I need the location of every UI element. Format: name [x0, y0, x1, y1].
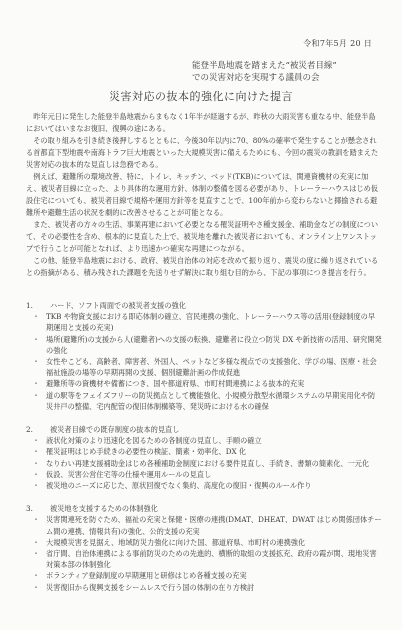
list-item: ・罹災証明はじめ手続きの必要性の検証、簡素・効率化、DX 化 [26, 446, 382, 457]
section-number: 2. [26, 424, 50, 435]
paragraph: また、被災者の方々の生活、事業再建において必要となる罹災証明やさ種支援金、補助金… [26, 219, 382, 255]
bullet-icon: ・ [26, 480, 46, 491]
list-item: ・大規模災害を見据え、地域防災力強化に向けた国、都道府県、市町村の連携強化 [26, 537, 382, 548]
bullet-icon: ・ [26, 570, 46, 581]
proposal-sections: 1. ハード、ソフト両面での被災者支援の強化 ・TKB や物資支援における即応体… [26, 300, 382, 605]
paragraph: その取り組みを引き続き後押しするとともに、今後30年以内に70、80%の確率で発… [26, 135, 382, 171]
list-item: ・災害関連死を防ぐため、福祉の充実と保健・医療の連携(DMAT、DHEAT、DW… [26, 514, 382, 536]
section-items: ・災害関連死を防ぐため、福祉の充実と保健・医療の連携(DMAT、DHEAT、DW… [26, 514, 382, 592]
bullet-icon: ・ [26, 356, 46, 378]
bullet-icon: ・ [26, 582, 46, 593]
document-title: 災害対応の抜本的強化に向けた提言 [0, 88, 402, 104]
bullet-icon: ・ [26, 435, 46, 446]
section-title: 被災地を支援するための体制強化 [50, 503, 158, 514]
organization-line-1: 能登半島地震を踏まえた“被災者目線” [192, 60, 337, 72]
section-3: 3. 被災地を支援するための体制強化 ・災害関連死を防ぐため、福祉の充実と保健・… [26, 503, 382, 593]
paragraph: 昨年元日に発生した能登半島地震からまもなく1年半が経過するが、昨秋の大雨災害も重… [26, 111, 382, 135]
section-heading: 2. 被災者目線での既存制度の抜本的見直し [26, 424, 382, 435]
list-item: ・道の駅等をフェイズフリーの防災拠点として機能強化、小規模分散型水循環システムの… [26, 390, 382, 412]
body-text: 昨年元日に発生した能登半島地震からまもなく1年半が経過するが、昨秋の大雨災害も重… [26, 111, 382, 279]
document-page: 令和7年5月 20 日 能登半島地震を踏まえた“被災者目線” での災害対応を実現… [0, 0, 402, 630]
list-item: ・場所(避難所)の支援から人(避難者)への支援の転換、避難者に役立つ防災 DX … [26, 334, 382, 356]
bullet-icon: ・ [26, 334, 46, 356]
list-item: ・ボランティア登録制度の早期運用と研修はじめ各種支援の充実 [26, 570, 382, 581]
section-1: 1. ハード、ソフト両面での被災者支援の強化 ・TKB や物資支援における即応体… [26, 300, 382, 412]
bullet-icon: ・ [26, 514, 46, 536]
bullet-icon: ・ [26, 469, 46, 480]
list-item: ・省庁間、自治体連携による事前防災のための先進的、横断的取組の支援拡充、政府の霞… [26, 548, 382, 570]
list-item: ・液状化対策のより迅速化を図るための各制度の見直し、手順の確立 [26, 435, 382, 446]
bullet-icon: ・ [26, 537, 46, 548]
bullet-icon: ・ [26, 311, 46, 333]
section-title: ハード、ソフト両面での被災者支援の強化 [50, 300, 186, 311]
section-title: 被災者目線での既存制度の抜本的見直し [50, 424, 179, 435]
list-item: ・災害復旧から復興支援をシームレスで行う国の体制の在り方検討 [26, 582, 382, 593]
list-item: ・避難所等の資機材や備蓄につき、国や都道府県、市町村間連携による抜本的充実 [26, 378, 382, 389]
paragraph: この他、能登半島地震における、政府、被災自治体の対応を改めて振り返り、震災の度に… [26, 255, 382, 279]
organization-name: 能登半島地震を踏まえた“被災者目線” での災害対応を実現する議員の会 [192, 60, 337, 84]
document-date: 令和7年5月 20 日 [303, 38, 372, 49]
list-item: ・TKB や物資支援における即応体制の確立、官民連携の強化、トレーラーハウス等の… [26, 311, 382, 333]
paragraph: 例えば、避難所の環境改善、特に、トイレ、キッチン、ベッド(TKB)については、関… [26, 171, 382, 219]
bullet-icon: ・ [26, 390, 46, 412]
bullet-icon: ・ [26, 446, 46, 457]
list-item: ・女性やこども、高齢者、障害者、外国人、ペットなど多様な視点での支援強化、学びの… [26, 356, 382, 378]
organization-line-2: での災害対応を実現する議員の会 [192, 72, 337, 84]
list-item: ・仮設、災害公営住宅等の仕様や運用ルールの見直し [26, 469, 382, 480]
section-2: 2. 被災者目線での既存制度の抜本的見直し ・液状化対策のより迅速化を図るための… [26, 424, 382, 491]
bullet-icon: ・ [26, 548, 46, 570]
section-number: 1. [26, 300, 50, 311]
list-item: ・なりわい再建支援補助金はじめ各種補助金制度における要件見直し、手続き、書類の簡… [26, 458, 382, 469]
list-item: ・被災地のニーズに応じた、原状回復でなく集約、高度化の復旧・復興のルール作り [26, 480, 382, 491]
section-items: ・液状化対策のより迅速化を図るための各制度の見直し、手順の確立 ・罹災証明はじめ… [26, 435, 382, 491]
bullet-icon: ・ [26, 378, 46, 389]
section-number: 3. [26, 503, 50, 514]
section-heading: 3. 被災地を支援するための体制強化 [26, 503, 382, 514]
bullet-icon: ・ [26, 458, 46, 469]
section-items: ・TKB や物資支援における即応体制の確立、官民連携の強化、トレーラーハウス等の… [26, 311, 382, 412]
section-heading: 1. ハード、ソフト両面での被災者支援の強化 [26, 300, 382, 311]
